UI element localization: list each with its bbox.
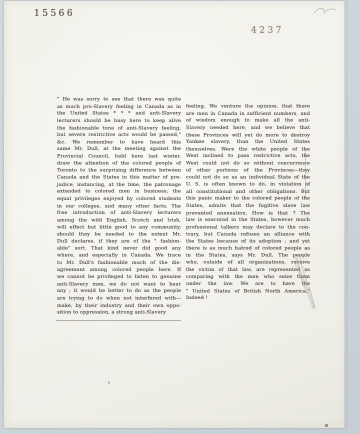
text-line: of other portions of the Provinces—they	[186, 167, 310, 174]
text-line: West could not do so without concurrence	[186, 160, 310, 167]
text-line: same Mr. Dull, at the meeting against th…	[57, 146, 181, 153]
text-line: the United States * * * and anti-Slavery	[57, 110, 181, 117]
text-line: Canada and the States in this matter of …	[57, 174, 181, 181]
text-line: prevented annexation. How is that ? The	[186, 209, 310, 216]
text-line: lecturers should be busy here to keep al…	[57, 117, 181, 124]
text-line: all constitutional and other obligations…	[186, 188, 310, 195]
text-line: States, admits that the fugitive slave l…	[186, 202, 310, 209]
clipping-cut-edge-line	[56, 320, 181, 321]
text-line: West inclined to pass restrictive acts, …	[186, 153, 310, 160]
text-line: make, by their industry and their own op…	[57, 302, 181, 309]
text-line: where, and especially in Canada. We trac…	[57, 252, 181, 259]
paper-speck-small	[108, 381, 110, 384]
text-line: to Mr. Dull's fashionable much of the di…	[57, 259, 181, 266]
faint-margin-line	[305, 149, 306, 199]
text-line: &c. We remember to have heard this	[57, 139, 181, 146]
text-line: we cannot be privileged to listen to gen…	[57, 273, 181, 280]
text-line: are men in Canada in sufficient numbers,…	[186, 110, 310, 117]
text-line: " He was sorry to see that there was qui…	[57, 96, 181, 103]
clipping-column-left: " He was sorry to see that there was qui…	[57, 96, 181, 316]
text-line: extended to colored men in business; the	[57, 188, 181, 195]
text-line: are trying to do when not interfered wit…	[57, 295, 181, 302]
text-line: agreement among colored people here. If	[57, 266, 181, 273]
text-line: law is executed in the States, however m…	[186, 217, 310, 224]
catalog-number-stamp: 4237	[251, 26, 284, 36]
text-line: could not do so as an individual State o…	[186, 174, 310, 181]
text-line: equal privileges enjoyed by colored stud…	[57, 195, 181, 202]
text-line: Toronto to the surprising difference bet…	[57, 167, 181, 174]
album-page-background: 15566 4237 " He was sorry to see that th…	[0, 0, 360, 434]
text-line: U. S. is often known to do, in violation…	[186, 181, 310, 188]
text-line: among the wild English, Scotch and Irish…	[57, 217, 181, 224]
photograph-of-clipping: 15566 4237 " He was sorry to see that th…	[4, 1, 346, 428]
text-line: judice, instancing, at the time, the pat…	[57, 181, 181, 188]
text-line: Yankee slavery, than the United States	[186, 138, 310, 145]
smudge-scratch-mark	[290, 251, 322, 313]
text-line: of wisdom enough to make all the anti-	[186, 117, 310, 124]
text-line: Dull declares, if they are of the " fash…	[57, 238, 181, 245]
text-line: these Provinces will yet do more to dest…	[186, 131, 310, 138]
text-line: the fashionable tone of anti-Slavery fee…	[57, 124, 181, 131]
text-line: as much pro-Slavery feeling in Canada as…	[57, 103, 181, 110]
paper-speck	[325, 424, 328, 427]
text-line: the States because of its adoption ; and…	[186, 238, 310, 245]
text-line: draw the attention of the colored people…	[57, 160, 181, 167]
accession-number-stamp: 15566	[34, 9, 75, 19]
text-line: trary, but Canada refuses an alliance wi…	[186, 231, 310, 238]
text-line: Provincial Council, held here last winte…	[57, 153, 181, 160]
text-line: themselves. Were the white people of the	[186, 146, 310, 153]
text-line: feeling. We venture the opinion, that th…	[186, 103, 310, 110]
text-line: but severe restrictive acts would be pas…	[57, 131, 181, 138]
pencil-scribble-mark	[312, 4, 338, 18]
text-line: in our colleges, and many other facts. T…	[57, 202, 181, 209]
text-line: Slavery needed here, and we believe that	[186, 124, 310, 131]
text-line: should they be needed to the extent Mr.	[57, 231, 181, 238]
text-line: sition to oppression, a strong anti-Slav…	[57, 309, 181, 316]
text-line: will effect but little good to any commu…	[57, 224, 181, 231]
text-line: able" sort. That kind never did good any	[57, 245, 181, 252]
text-line: anti-Slavery men, we do not want to hear	[57, 281, 181, 288]
text-line: this panic maker to the colored people o…	[186, 195, 310, 202]
photo-edge-shade	[344, 1, 346, 428]
text-line: any ; it would be better to do as the pe…	[57, 288, 181, 295]
text-line: professional talkers may declare to the …	[186, 224, 310, 231]
text-line: free introduction of anti-Slavery lectur…	[57, 210, 181, 217]
